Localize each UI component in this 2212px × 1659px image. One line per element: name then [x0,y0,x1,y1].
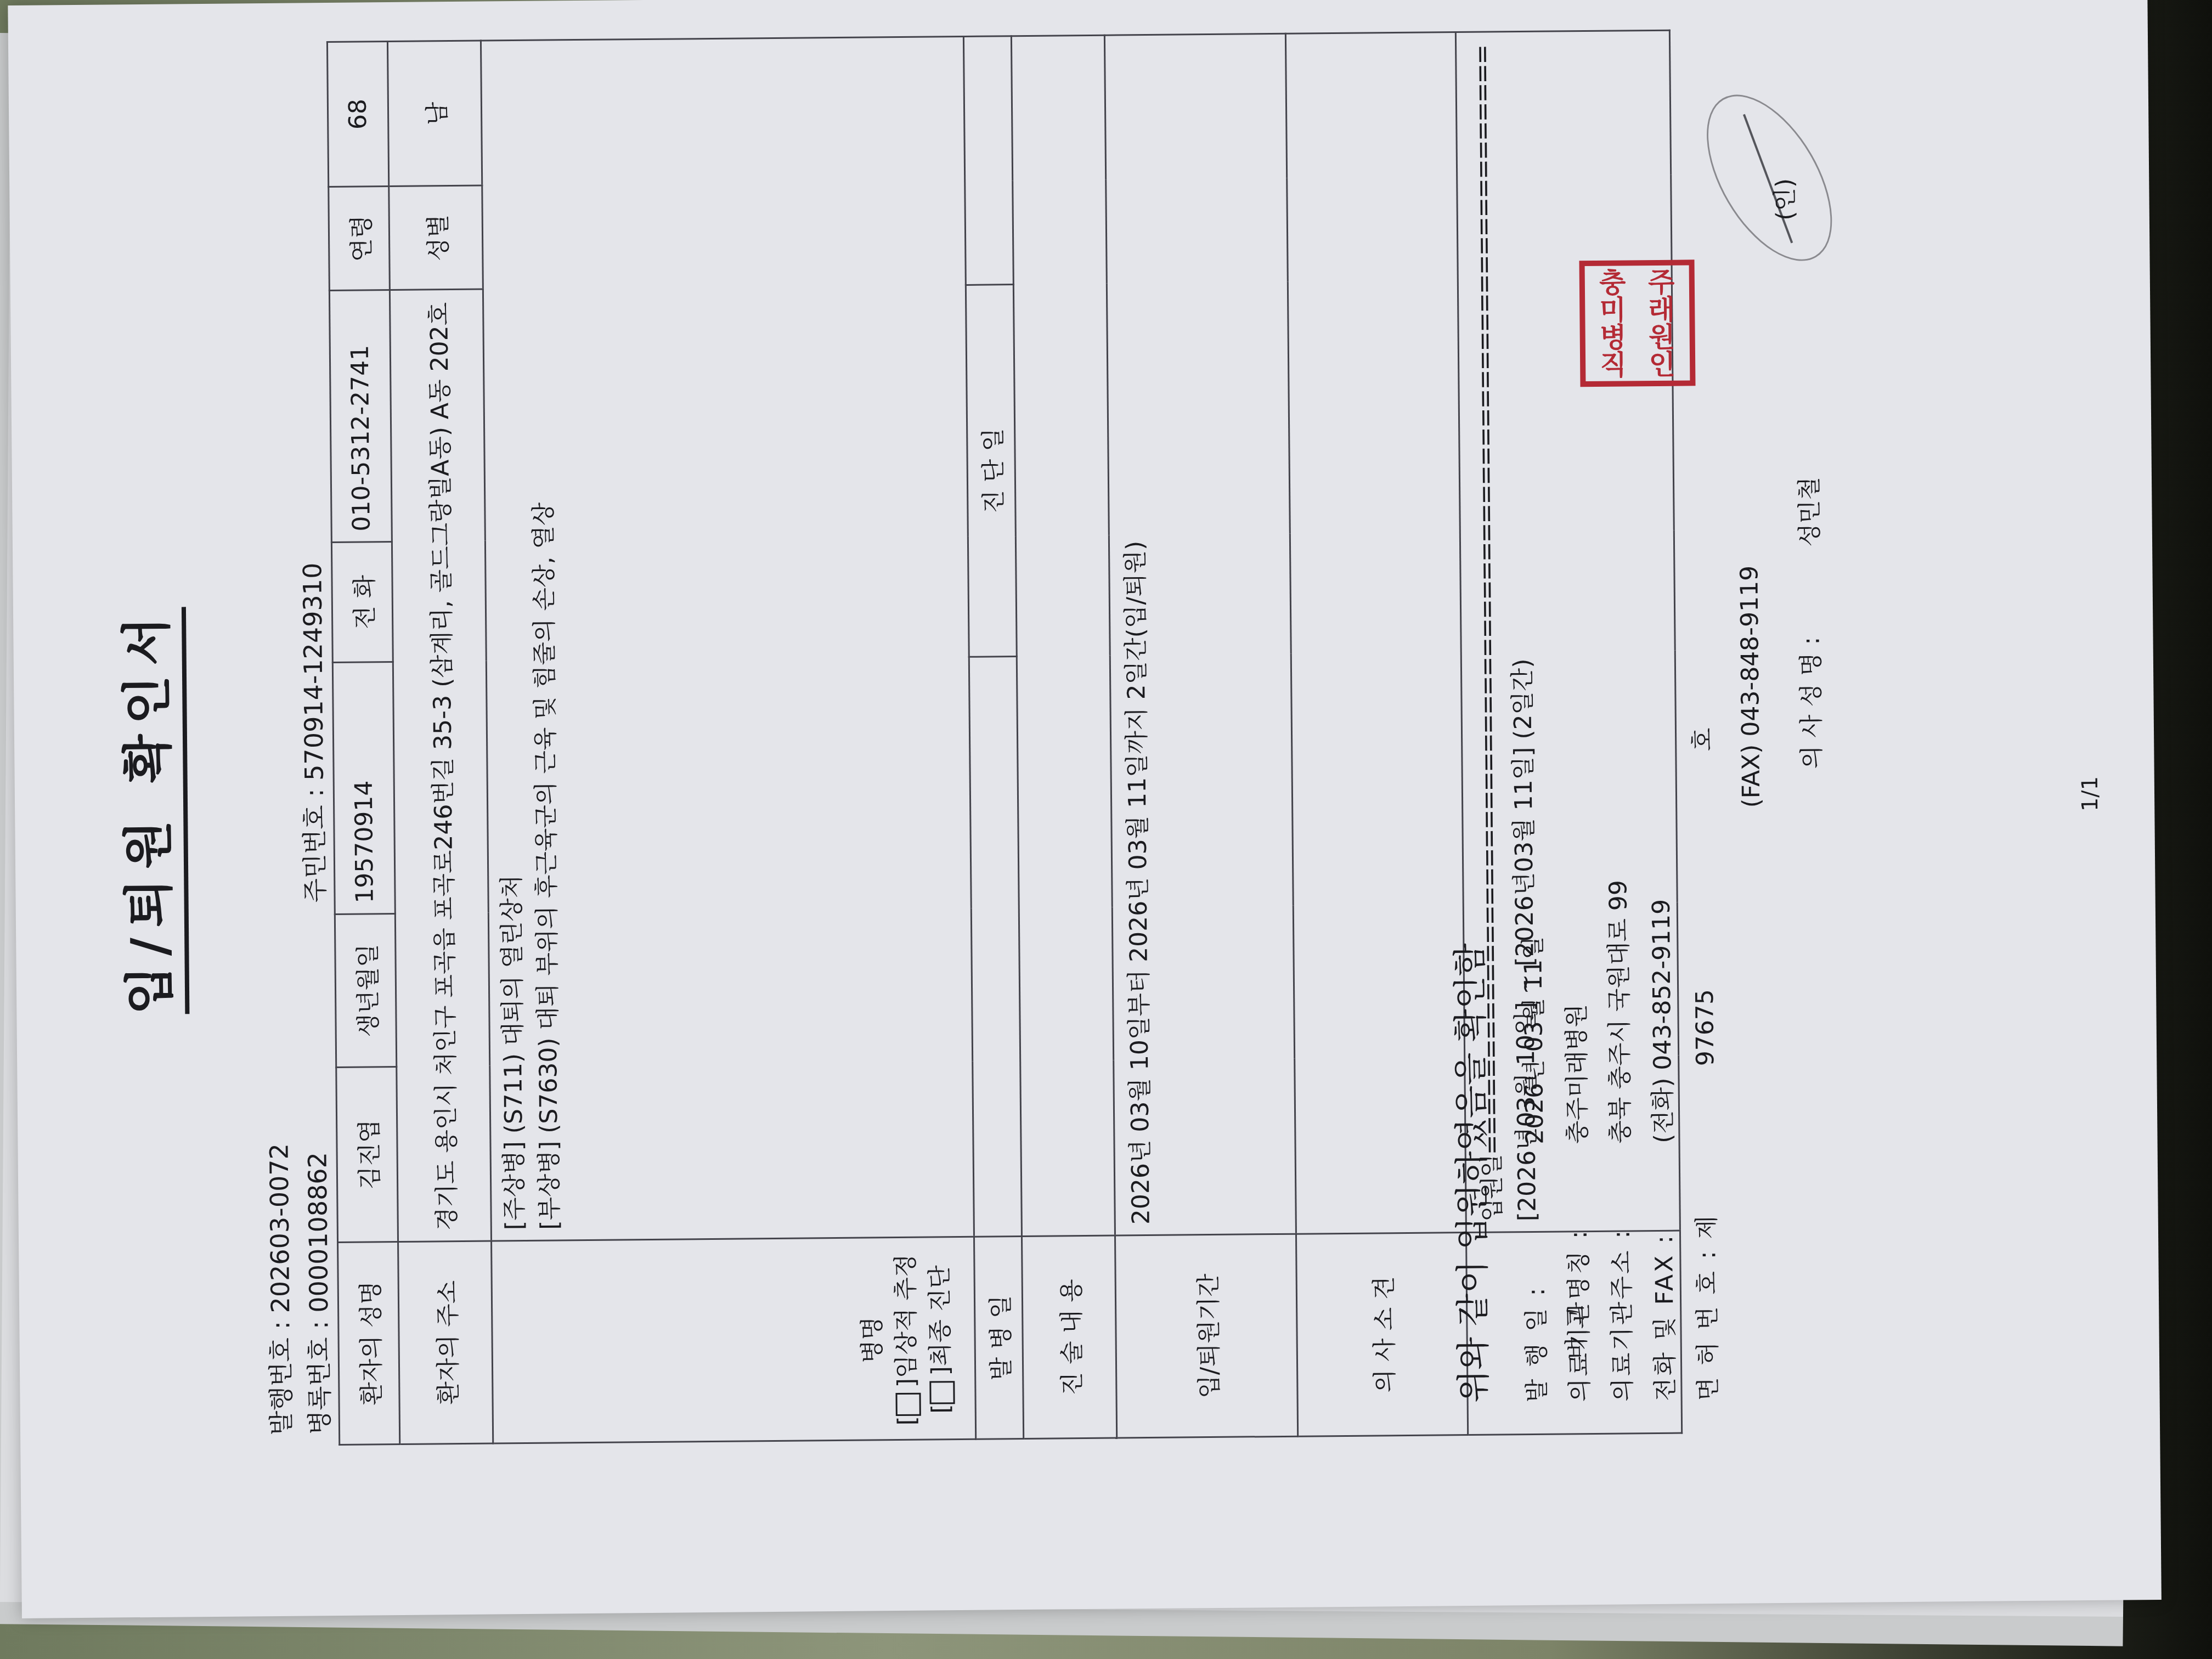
resident-number: 주민번호 : 570914-1249310 [292,562,331,902]
document-title: 입/퇴원 확인서 [101,4,188,1617]
sex-value: 남 [387,41,482,186]
seal-character: 인 [1638,351,1686,379]
address-value: 경기도 용인시 처인구 포곡읍 포곡로246번길 35-3 (삼계리, 골드그랑… [390,289,491,1242]
onset-value [969,657,1022,1237]
patient-row-2: 환자의 주소 경기도 용인시 처인구 포곡읍 포곡로246번길 35-3 (삼계… [387,41,493,1444]
institution-address: 충북 충주시 국원대로 99 [1592,84,1636,1143]
admission-discharge-certificate: 입/퇴원 확인서 발행번호 : 202603-0072 병록번호 : 00001… [8,0,2162,1618]
checkbox-icon[interactable] [895,1393,921,1416]
hospital-seal-stamp: 충주미래병원직인 [1579,259,1696,387]
sex-label: 성별 [389,185,483,290]
statement-row: 진 술 내 용 [1011,35,1116,1438]
age-value: 68 [327,42,388,187]
registration-number: 병록번호 : 0000108862 [298,1152,336,1435]
document-photo: 입/퇴원 확인서 발행번호 : 202603-0072 병록번호 : 00001… [0,0,2212,1659]
patient-name: 김진엽 [336,1067,398,1243]
doctor-name: 성민철 [1796,477,1824,547]
seal-character: 주 [1637,268,1686,296]
diagnosis-content: [주상병] (S711) 대퇴의 열린상처 [부상병] (S7630) 대퇴 부… [481,36,974,1241]
checkbox-icon[interactable] [929,1381,955,1404]
issue-date: 2026년 03월 11일 [1506,86,1550,1144]
admission-period-label: 입/퇴원기간 [1115,1234,1297,1438]
seal-character: 충 [1588,269,1637,297]
seal-character: 병 [1589,324,1638,352]
checkbox-final-diagnosis[interactable]: []최종 진단 [923,1248,958,1431]
license-number: 97675 [1691,989,1719,1066]
diagnosis-date-value [963,36,1013,285]
doctor-name-row: 의 사 성 명 : 성민철 [1790,477,1827,769]
address-label: 환자의 주소 [398,1241,493,1444]
institution-fax: (FAX) 043-848-9119 [1735,566,1765,808]
diagnosis-label: 병명 [855,1248,890,1432]
checkbox-clinical-estimate[interactable]: []임상적 추정 [889,1248,924,1432]
birth-value: 19570914 [332,662,395,915]
page-number: 1/1 [2070,0,2110,1600]
doctor-opinion-label: 의 사 소 견 [1296,1233,1468,1437]
institution-name: 충주미래병원 [1549,85,1593,1144]
age-label: 연령 [329,187,390,291]
birth-label: 생년월일 [335,914,396,1068]
phone-value: 010-5312-2741 [329,290,392,543]
phone-label: 전 화 [331,542,393,663]
admission-period-row: 입/퇴원기간 2026년 03월 10일부터 2026년 03월 11일까지 2… [1104,33,1297,1438]
statement-label: 진 술 내 용 [1022,1235,1116,1438]
diagnosis-row: 병명 []임상적 추정 []최종 진단 [주상병] (S711) 대퇴의 열린상… [481,36,975,1443]
issue-date-row: 발 행 일 : 2026년 03월 11일 [1506,86,1553,1402]
seal-character: 미 [1588,296,1637,324]
admission-period-value: 2026년 03월 10일부터 2026년 03월 11일까지 2일간(입/퇴원… [1104,33,1296,1235]
institution-phone: (전화) 043-852-9119 [1634,84,1679,1143]
onset-label: 발 병 일 [974,1237,1023,1440]
diagnosis-date-label: 진 단 일 [966,285,1017,657]
seal-character: 래 [1637,296,1686,324]
statement-value [1011,35,1115,1236]
seal-character: 원 [1638,323,1686,351]
seal-mark: (인) [1765,178,1801,221]
diagnosis-label-cell: 병명 []임상적 추정 []최종 진단 [492,1237,976,1443]
seal-character: 직 [1589,351,1638,379]
patient-name-label: 환자의 성명 [338,1242,400,1444]
issue-number: 발행번호 : 202603-0072 [259,1143,298,1435]
